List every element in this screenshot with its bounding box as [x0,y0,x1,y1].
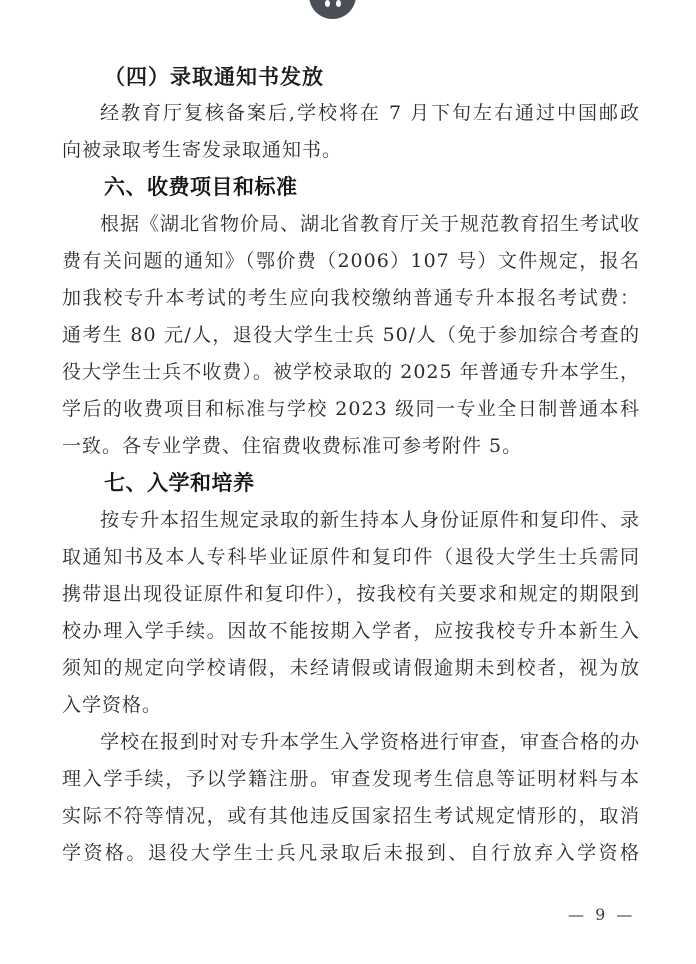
floating-overlay-badge[interactable] [309,0,356,19]
section-heading-7-enrollment: 七、入学和培养 [62,465,640,502]
text-line: 加我校专升本考试的考生应向我校缴纳普通专升本报名考试费：普 [62,280,640,317]
text-line: 学后的收费项目和标准与学校 2023 级同一专业全日制普通本科生 [62,391,640,428]
text-line: 学资格。退役大学生士兵凡录取后未报到、自行放弃入学资格的， [62,835,640,872]
text-column: （四）录取通知书发放经教育厅复核备案后,学校将在 7 月下旬左右通过中国邮政 E… [62,58,640,872]
text-line: 取通知书及本人专科毕业证原件和复印件（退役大学生士兵需同时 [62,539,640,576]
section-heading-4-notice-issuance: （四）录取通知书发放 [62,58,640,95]
text-line: 费有关问题的通知》（鄂价费（2006）107 号）文件规定，报名参 [62,243,640,280]
text-line: 役大学生士兵不收费）。被学校录取的 2025 年普通专升本学生，入 [62,354,640,391]
text-line: 校办理入学手续。因故不能按期入学者，应按我校专升本新生入学 [62,613,640,650]
page-number: — 9 — [568,905,635,924]
text-line: 入学资格。 [62,687,640,724]
badge-dot-icon [336,0,341,7]
document-page: （四）录取通知书发放经教育厅复核备案后,学校将在 7 月下旬左右通过中国邮政 E… [0,0,696,964]
text-line: 实际不符等情况，或有其他违反国家招生考试规定情形的，取消入 [62,798,640,835]
text-line: 携带退出现役证原件和复印件），按我校有关要求和规定的期限到 [62,576,640,613]
text-line: 按专升本招生规定录取的新生持本人身份证原件和复印件、录 [62,502,640,539]
text-line: 学校在报到时对专升本学生入学资格进行审查，审查合格的办 [62,724,640,761]
text-line: 通考生 80 元/人，退役大学生士兵 50/人（免于参加综合考查的退 [62,317,640,354]
badge-dot-icon [325,0,330,7]
text-line: 理入学手续，予以学籍注册。审查发现考生信息等证明材料与本人 [62,761,640,798]
text-line: 须知的规定向学校请假，未经请假或请假逾期未到校者，视为放弃 [62,650,640,687]
text-line: 根据《湖北省物价局、湖北省教育厅关于规范教育招生考试收 [62,206,640,243]
text-line: 经教育厅复核备案后,学校将在 7 月下旬左右通过中国邮政 EMS [62,95,640,132]
text-line: 一致。各专业学费、住宿费收费标准可参考附件 5。 [62,428,640,465]
text-line: 向被录取考生寄发录取通知书。 [62,132,640,169]
section-heading-6-fees: 六、收费项目和标准 [62,169,640,206]
